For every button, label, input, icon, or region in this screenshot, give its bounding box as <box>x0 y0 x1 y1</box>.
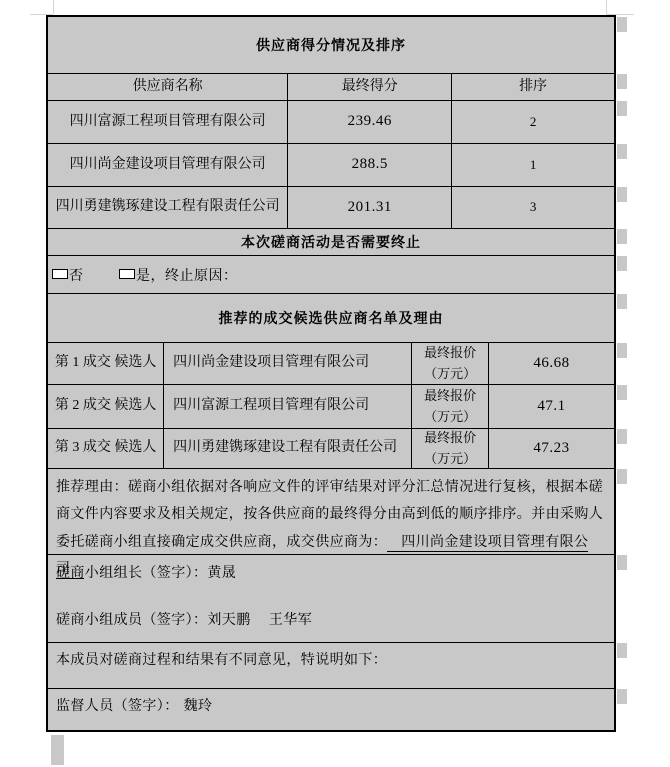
row-end-marker <box>617 229 627 244</box>
score-section-title: 供应商得分情况及排序 <box>48 17 614 74</box>
price-value-cell: 46.68 <box>489 343 614 384</box>
price-label-line2: （万元） <box>424 449 476 469</box>
candidate-name-cell: 四川尚金建设项目管理有限公司 <box>164 343 412 384</box>
after-table-paragraph-shade <box>51 735 64 765</box>
leader-label: 磋商小组组长（签字）： <box>56 566 207 581</box>
price-label-line2: （万元） <box>424 407 476 427</box>
score-row: 四川勇建镌琢建设工程有限责任公司 201.31 3 <box>48 187 614 229</box>
supplier-name-cell: 四川富源工程项目管理有限公司 <box>48 101 288 143</box>
price-label-line2: （万元） <box>424 364 476 384</box>
row-end-marker <box>617 469 627 484</box>
score-cell: 201.31 <box>288 187 452 228</box>
header-rank: 排序 <box>452 74 614 100</box>
checkbox-no-label: 否 <box>69 265 83 285</box>
rank-cell: 2 <box>452 101 614 143</box>
candidate-row: 第 3 成交 候选人 四川勇建镌琢建设工程有限责任公司 最终报价 （万元） 47… <box>48 429 614 469</box>
row-end-marker <box>617 385 627 400</box>
score-row: 四川尚金建设项目管理有限公司 288.5 1 <box>48 144 614 187</box>
supervisor-signature-row: 监督人员（签字）：魏玲 <box>48 689 614 730</box>
price-value-cell: 47.23 <box>489 429 614 468</box>
price-label-cell: 最终报价 （万元） <box>412 343 488 384</box>
panel-members-signature: 磋商小组成员（签字）：刘天鹏 王华军 <box>48 582 614 629</box>
rank-cell: 1 <box>452 144 614 186</box>
row-end-marker <box>617 294 627 309</box>
checkbox-yes-label: 是，终止原因： <box>136 265 238 285</box>
panel-leader-signature: 磋商小组组长（签字）：黄晟 <box>48 555 614 582</box>
checkbox-no[interactable] <box>52 269 68 279</box>
evaluation-result-table: 供应商得分情况及排序 供应商名称 最终得分 排序 四川富源工程项目管理有限公司 … <box>46 15 616 732</box>
row-end-marker <box>617 429 627 444</box>
candidate-row: 第 1 成交 候选人 四川尚金建设项目管理有限公司 最终报价 （万元） 46.6… <box>48 343 614 385</box>
candidate-name-cell: 四川勇建镌琢建设工程有限责任公司 <box>164 429 412 468</box>
row-end-marker <box>617 256 627 271</box>
supervisor-name: 魏玲 <box>184 695 213 715</box>
row-end-marker <box>617 643 627 658</box>
members-label: 磋商小组成员（签字）： <box>56 613 207 628</box>
supervisor-label: 监督人员（签字）： <box>56 695 179 715</box>
row-end-marker <box>617 555 627 570</box>
termination-options-row: 否 是，终止原因： <box>48 256 614 294</box>
row-end-marker <box>617 343 627 358</box>
header-supplier-name: 供应商名称 <box>48 74 288 100</box>
member-names: 刘天鹏 王华军 <box>207 613 312 628</box>
price-label-line1: 最终报价 <box>424 343 476 363</box>
row-end-marker <box>617 74 627 89</box>
candidate-row: 第 2 成交 候选人 四川富源工程项目管理有限公司 最终报价 （万元） 47.1 <box>48 385 614 429</box>
price-label-cell: 最终报价 （万元） <box>412 429 488 468</box>
dissent-statement-row: 本成员对磋商过程和结果有不同意见，特说明如下： <box>48 643 614 689</box>
row-end-marker <box>617 17 627 32</box>
row-end-marker <box>617 101 627 116</box>
margin-mark-left-vertical <box>53 0 54 14</box>
score-header-row: 供应商名称 最终得分 排序 <box>48 74 614 101</box>
row-end-marker <box>617 187 627 202</box>
checkbox-yes[interactable] <box>119 269 135 279</box>
leader-name: 黄晟 <box>207 566 236 581</box>
margin-mark-right-vertical <box>606 0 607 14</box>
candidate-name-cell: 四川富源工程项目管理有限公司 <box>164 385 412 428</box>
row-end-marker <box>617 144 627 159</box>
candidate-label-cell: 第 2 成交 候选人 <box>48 385 164 428</box>
termination-section-title: 本次磋商活动是否需要终止 <box>48 229 614 256</box>
candidate-label-cell: 第 3 成交 候选人 <box>48 429 164 468</box>
price-value-cell: 47.1 <box>489 385 614 428</box>
price-label-cell: 最终报价 （万元） <box>412 385 488 428</box>
recommendation-reason: 推荐理由：磋商小组依据对各响应文件的评审结果对评分汇总情况进行复核，根据本磋商文… <box>48 469 614 555</box>
row-end-marker <box>617 689 627 704</box>
document-page: 供应商得分情况及排序 供应商名称 最终得分 排序 四川富源工程项目管理有限公司 … <box>0 0 670 767</box>
score-cell: 288.5 <box>288 144 452 186</box>
supplier-name-cell: 四川尚金建设项目管理有限公司 <box>48 144 288 186</box>
header-final-score: 最终得分 <box>288 74 452 100</box>
panel-signatures-row: 磋商小组组长（签字）：黄晟 磋商小组成员（签字）：刘天鹏 王华军 <box>48 555 614 643</box>
candidate-label-cell: 第 1 成交 候选人 <box>48 343 164 384</box>
score-cell: 239.46 <box>288 101 452 143</box>
price-label-line1: 最终报价 <box>424 386 476 406</box>
candidates-section-title: 推荐的成交候选供应商名单及理由 <box>48 294 614 343</box>
score-row: 四川富源工程项目管理有限公司 239.46 2 <box>48 101 614 144</box>
rank-cell: 3 <box>452 187 614 228</box>
price-label-line1: 最终报价 <box>424 428 476 448</box>
supplier-name-cell: 四川勇建镌琢建设工程有限责任公司 <box>48 187 288 228</box>
